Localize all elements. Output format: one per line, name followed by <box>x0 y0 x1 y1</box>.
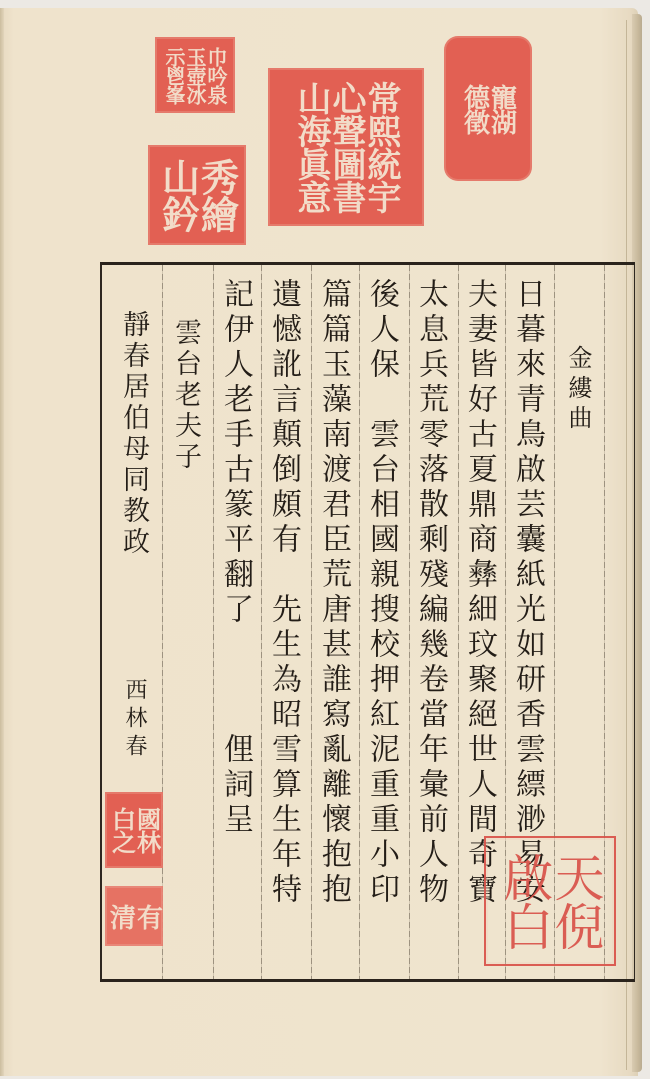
text-column-3: 太息兵荒零落散剩殘編幾卷當年彙前人物 <box>415 278 445 908</box>
poem-title: 金縷曲 <box>566 345 590 435</box>
seal-column: 秀繪 <box>198 158 236 232</box>
signature: 西林春 <box>123 678 145 762</box>
seal-column: 示鬯峯 <box>164 47 184 104</box>
column-rule <box>409 265 410 979</box>
dedication-recipient: 雲台老夫子 <box>172 318 199 473</box>
column-rule <box>261 265 262 979</box>
text-column-6: 遺憾訛言顛倒頗有 先生為昭雪算生年特 <box>268 278 298 908</box>
column-rule <box>359 265 360 979</box>
seal-column: 山海眞意 <box>294 81 328 213</box>
seal-corner-outline: 天倪 啟白 <box>484 836 616 966</box>
seal-top-small: 巾吟泉 玉壺冰 示鬯峯 <box>155 37 235 113</box>
seal-column: 清 <box>108 904 134 929</box>
text-column-5: 篇篇玉藻南渡君臣荒唐甚誰寫亂離懷抱抱 <box>318 278 348 908</box>
seal-column: 常熙統宇 <box>364 81 398 213</box>
seal-column: 山鈐 <box>159 158 197 232</box>
column-rule <box>213 265 214 979</box>
seal-column: 德徵 <box>462 84 488 134</box>
page-left-edge <box>0 8 4 1076</box>
seal-signature-1: 國林 白之 <box>105 792 163 868</box>
text-column-1: 日暮來青鳥啟芸囊紙光如研香雲縹渺易安 <box>512 278 542 908</box>
seal-column: 寵湖 <box>489 84 515 134</box>
seal-signature-2: 有 清 <box>105 886 163 946</box>
text-column-4: 後人保 雲台相國親搜校押紅泥重重小印 <box>366 278 396 908</box>
dedication-line: 靜春居伯母同教政 <box>120 310 147 558</box>
seal-top-large: 常熙統宇 心聲圖書 山海眞意 <box>268 68 424 226</box>
column-rule <box>311 265 312 979</box>
frame-bottom-border <box>100 979 635 982</box>
seal-top-oval: 寵湖 德徵 <box>444 36 532 181</box>
column-rule <box>458 265 459 979</box>
seal-column: 國林 <box>135 807 159 853</box>
seal-column: 白之 <box>110 807 134 853</box>
seal-column: 啟白 <box>500 852 550 950</box>
seal-column: 有 <box>135 904 161 929</box>
column-rule <box>162 265 163 979</box>
seal-column: 巾吟泉 <box>206 47 226 104</box>
seal-top-lower: 秀繪 山鈐 <box>148 145 246 245</box>
text-column-7: 記伊人老手古篆平翻了 俚詞呈 <box>220 278 250 838</box>
seal-column: 心聲圖書 <box>329 81 363 213</box>
seal-column: 天倪 <box>551 852 601 950</box>
text-column-2: 夫妻皆好古夏鼎商彝細玟聚絕世人間奇寶 <box>464 278 494 908</box>
seal-column: 玉壺冰 <box>185 47 205 104</box>
